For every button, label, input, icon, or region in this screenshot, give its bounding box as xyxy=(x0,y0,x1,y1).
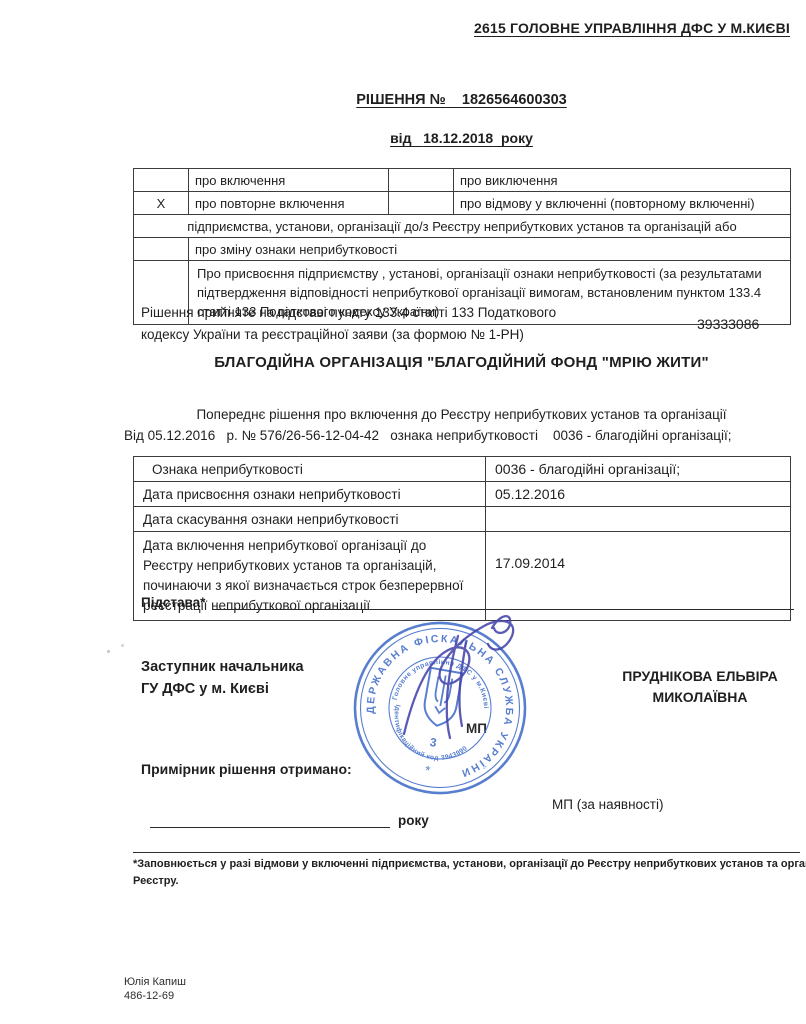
date-suffix: року xyxy=(501,130,533,146)
scan-speck xyxy=(107,650,110,653)
signer-name-line2: МИКОЛАЇВНА xyxy=(598,687,802,708)
contact-name: Юлія Капиш xyxy=(124,975,186,989)
detail-label: Дата скасування ознаки неприбутковості xyxy=(134,507,486,532)
table-row: про включення про виключення xyxy=(134,169,791,192)
table-row: X про повторне включення про відмову у в… xyxy=(134,192,791,215)
decision-title: РІШЕННЯ № 1826564600303 xyxy=(133,92,790,108)
checkbox-cell-selected: X xyxy=(134,192,189,215)
detail-label: Дата присвоєння ознаки неприбутковості xyxy=(134,482,486,507)
document-header: 2615 ГОЛОВНЕ УПРАВЛІННЯ ДФС У М.КИЄВІ xyxy=(474,20,790,36)
signer-name-line1: ПРУДНІКОВА ЕЛЬВІРА xyxy=(598,666,802,687)
official-stamp: ДЕРЖАВНА ФІСКАЛЬНА СЛУЖБА УКРАЇНИ Головн… xyxy=(342,606,552,811)
year-suffix: року xyxy=(398,813,429,828)
svg-text:Ідентифікаційний код 3943990: Ідентифікаційний код 3943990 xyxy=(385,704,475,768)
stamp-inner-bottom-text: Ідентифікаційний код 3943990 xyxy=(385,704,475,768)
decision-title-label: РІШЕННЯ № xyxy=(356,92,446,108)
previous-decision-line1: Попереднє рішення про включення до Реєст… xyxy=(133,407,790,422)
checkbox-cell xyxy=(389,192,454,215)
basis-note-line1: Рішення прийняте на підставі пункту 133.… xyxy=(141,302,681,324)
checkbox-cell xyxy=(389,169,454,192)
decision-number: 1826564600303 xyxy=(462,92,567,108)
option-label: про повторне включення xyxy=(189,192,389,215)
detail-label: Ознака неприбутковості xyxy=(134,457,486,482)
detail-value xyxy=(486,507,791,532)
decision-date-line: від 18.12.2018 року xyxy=(133,130,790,146)
table-row: Дата скасування ознаки неприбутковості xyxy=(134,507,791,532)
pidstava-label: Підстава* xyxy=(141,595,205,610)
footnote-line1: *Заповнюється у разі відмови у включенні… xyxy=(133,856,806,873)
option-label: про зміну ознаки неприбутковості xyxy=(189,238,791,261)
basis-note: Рішення прийняте на підставі пункту 133.… xyxy=(141,302,681,346)
signer-name: ПРУДНІКОВА ЕЛЬВІРА МИКОЛАЇВНА xyxy=(598,666,802,708)
option-label: про включення xyxy=(189,169,389,192)
stamp-star: * xyxy=(424,762,432,778)
footnote: *Заповнюється у разі відмови у включенні… xyxy=(133,856,806,890)
detail-value: 0036 - благодійні організації; xyxy=(486,457,791,482)
date-prefix: від xyxy=(390,130,411,146)
previous-decision-line2: Від 05.12.2016 р. № 576/26-56-12-04-42 о… xyxy=(124,428,732,443)
year-blank-row: року xyxy=(150,812,460,828)
signer-position: Заступник начальника ГУ ДФС у м. Києві xyxy=(141,656,304,700)
signer-position-line2: ГУ ДФС у м. Києві xyxy=(141,678,304,700)
mp-note: МП (за наявності) xyxy=(552,797,663,812)
date-value: 18.12.2018 xyxy=(423,130,493,146)
detail-value: 05.12.2016 xyxy=(486,482,791,507)
option-label: про виключення xyxy=(454,169,791,192)
table-row: про зміну ознаки неприбутковості xyxy=(134,238,791,261)
basis-note-line2: кодексу України та реєстраційної заяви (… xyxy=(141,324,681,346)
merged-subject-row: підприємства, установи, організації до/з… xyxy=(134,215,791,238)
checkbox-cell xyxy=(134,169,189,192)
stamp-number: 3 xyxy=(429,735,438,750)
checkbox-cell xyxy=(134,238,189,261)
signer-position-line1: Заступник начальника xyxy=(141,656,304,678)
table-row: Ознака неприбутковості 0036 - благодійні… xyxy=(134,457,791,482)
option-label: про відмову у включенні (повторному вклю… xyxy=(454,192,791,215)
contact-phone: 486-12-69 xyxy=(124,989,186,1003)
scanned-decision-document: 2615 ГОЛОВНЕ УПРАВЛІННЯ ДФС У М.КИЄВІ РІ… xyxy=(0,0,806,1024)
trident-shield-icon xyxy=(421,668,462,729)
copy-received-label: Примірник рішення отримано: xyxy=(141,761,352,777)
round-seal-icon: ДЕРЖАВНА ФІСКАЛЬНА СЛУЖБА УКРАЇНИ Головн… xyxy=(342,610,538,807)
year-blank-line xyxy=(150,812,390,828)
contact-block: Юлія Капиш 486-12-69 xyxy=(124,975,186,1003)
organization-name: БЛАГОДІЙНА ОРГАНІЗАЦІЯ "БЛАГОДІЙНИЙ ФОНД… xyxy=(113,354,806,371)
footnote-line2: Реєстру. xyxy=(133,873,806,890)
stamp-and-signature-graphic: ДЕРЖАВНА ФІСКАЛЬНА СЛУЖБА УКРАЇНИ Головн… xyxy=(342,606,552,811)
table-row: Дата присвоєння ознаки неприбутковості 0… xyxy=(134,482,791,507)
footnote-separator xyxy=(133,852,800,853)
table-row: підприємства, установи, організації до/з… xyxy=(134,215,791,238)
registration-code: 39333086 xyxy=(697,316,759,332)
